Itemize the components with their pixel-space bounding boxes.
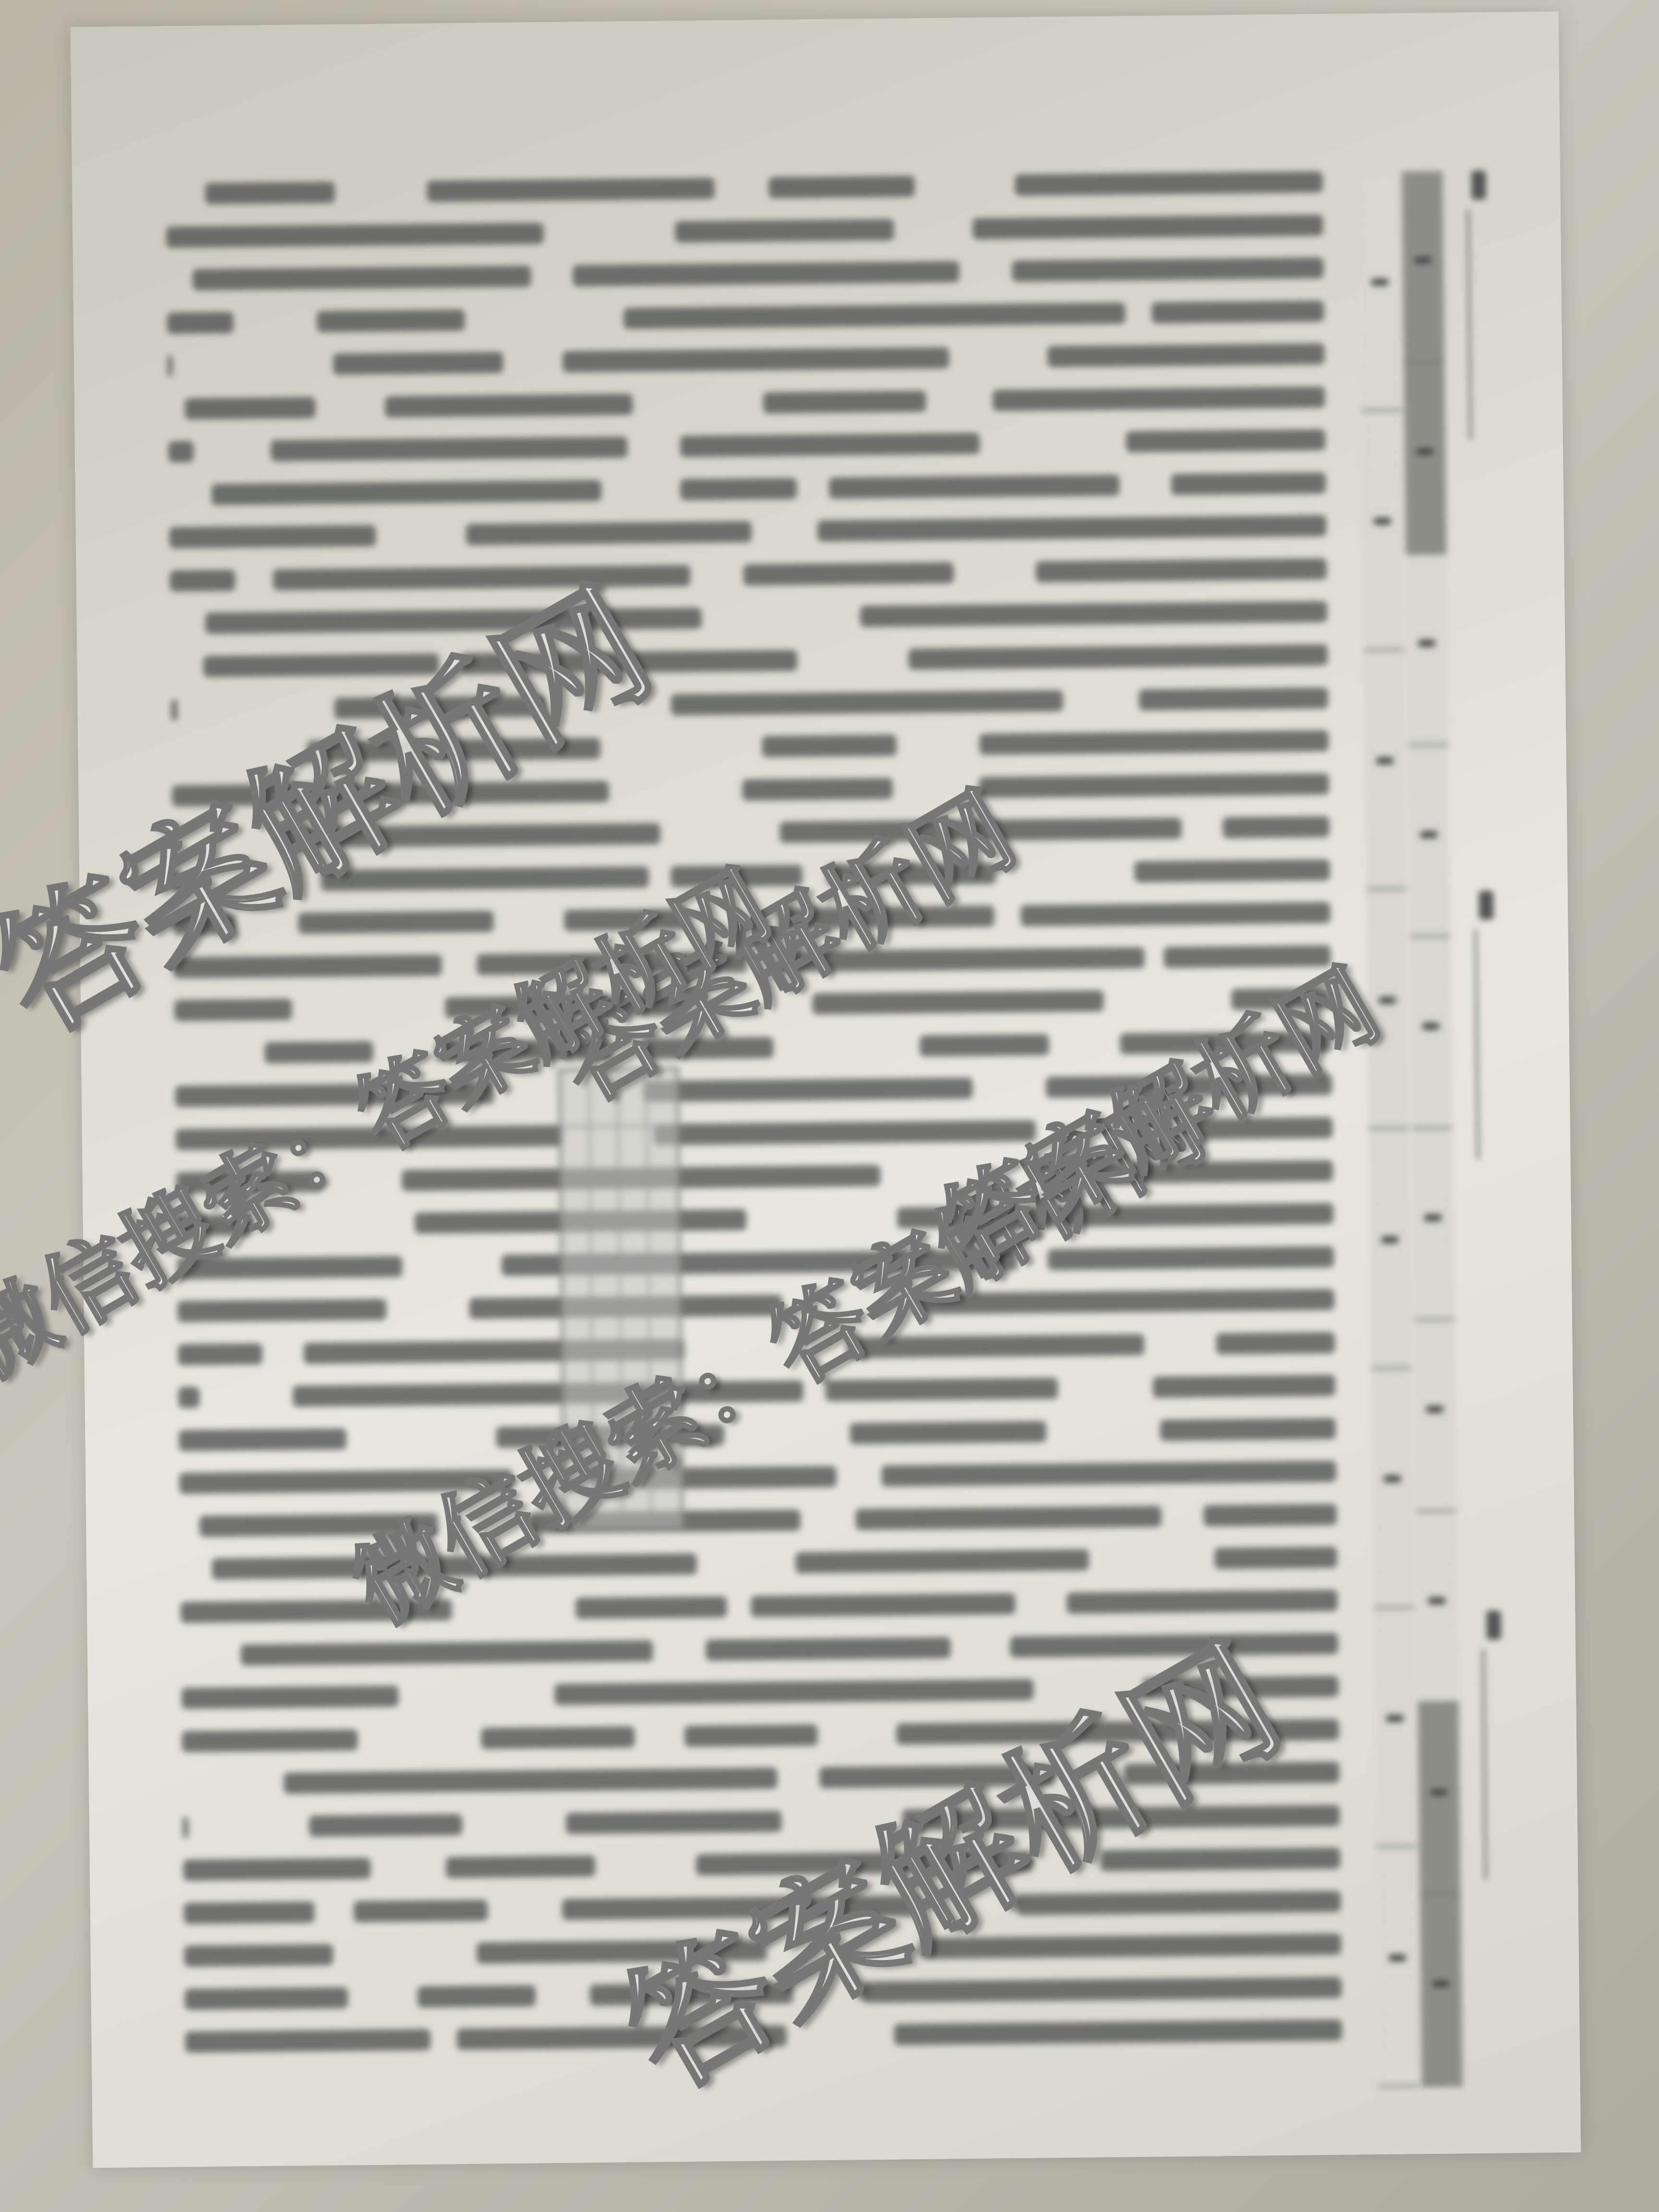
- text-line: [176, 1113, 1333, 1154]
- text-line: [170, 640, 1327, 681]
- exam-paper-sheet: [71, 12, 1581, 2168]
- text-line: [166, 211, 1323, 252]
- text-line: [166, 168, 1322, 208]
- class-field: [1469, 890, 1501, 1160]
- text-line: [168, 383, 1325, 423]
- text-line: [170, 554, 1327, 595]
- header-band-cell: [1420, 1895, 1463, 2087]
- header-band-cell: [1416, 1512, 1458, 1704]
- text-line: [177, 1199, 1334, 1240]
- header-band-cell: [1410, 937, 1453, 1129]
- text-line: [182, 1758, 1339, 1799]
- exam-number-field: [1477, 1611, 1508, 1880]
- text-line: [168, 425, 1325, 466]
- text-line: [183, 1844, 1340, 1885]
- header-band-cell: [1404, 362, 1446, 554]
- text-line: [183, 1801, 1340, 1842]
- name-field: [1462, 170, 1493, 440]
- header-band-cell: [1408, 745, 1451, 938]
- text-line: [170, 597, 1327, 638]
- text-line: [184, 1973, 1341, 2014]
- text-line: [177, 1285, 1334, 1326]
- header-band-cell: [1402, 171, 1444, 363]
- text-line: [182, 1715, 1339, 1756]
- paper-content-rotated: [107, 50, 1545, 2129]
- blurred-text-columns: [166, 168, 1342, 2071]
- text-line: [171, 726, 1328, 767]
- text-line: [174, 941, 1331, 982]
- text-line: [181, 1629, 1338, 1670]
- header-band-cell: [1366, 890, 1409, 1130]
- text-line: [172, 812, 1329, 853]
- text-line: [176, 1156, 1333, 1197]
- header-band-cell: [1369, 1129, 1412, 1369]
- text-line: [180, 1500, 1336, 1541]
- header-band-cell: [1406, 554, 1448, 746]
- text-line: [167, 297, 1324, 337]
- text-line: [169, 469, 1326, 509]
- text-line: [179, 1414, 1335, 1455]
- header-band-cell: [1371, 1369, 1414, 1609]
- text-line: [184, 1930, 1341, 1971]
- header-band-cell: [1376, 1847, 1419, 2087]
- text-line: [181, 1672, 1338, 1713]
- text-line: [180, 1586, 1337, 1627]
- text-line: [173, 898, 1330, 939]
- header-band-cell: [1412, 1129, 1455, 1321]
- text-line: [175, 1027, 1332, 1068]
- text-line: [169, 511, 1326, 552]
- header-band-cell: [1418, 1703, 1460, 1895]
- text-line: [185, 2016, 1342, 2056]
- text-line: [172, 769, 1329, 810]
- header-band-cell: [1373, 1608, 1417, 1848]
- text-line: [180, 1543, 1337, 1584]
- header-band-cell: [1363, 650, 1407, 890]
- text-line: [184, 1887, 1341, 1928]
- text-line: [178, 1371, 1335, 1412]
- answer-table: [558, 1067, 684, 1530]
- text-line: [173, 855, 1330, 896]
- text-line: [179, 1457, 1336, 1498]
- header-band: [1356, 171, 1463, 2087]
- header-band-cell: [1358, 171, 1402, 411]
- text-line: [175, 1070, 1332, 1111]
- header-band-cell: [1414, 1320, 1456, 1512]
- text-line: [177, 1242, 1334, 1283]
- text-line: [168, 339, 1324, 380]
- text-line: [171, 684, 1328, 724]
- header-band-cell: [1361, 411, 1404, 651]
- text-line: [174, 984, 1331, 1025]
- text-line: [178, 1328, 1334, 1369]
- text-line: [167, 253, 1323, 294]
